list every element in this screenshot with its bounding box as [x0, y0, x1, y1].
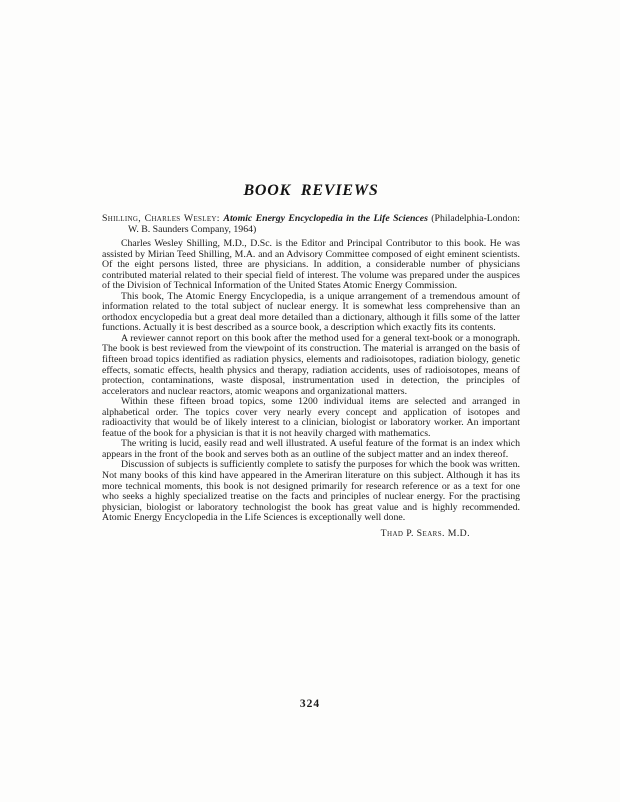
review-paragraph: This book, The Atomic Energy Encyclopedi… — [102, 292, 520, 334]
review-paragraph: The writing is lucid, easily read and we… — [102, 439, 520, 460]
review-body: Charles Wesley Shilling, M.D., D.Sc. is … — [102, 239, 520, 524]
text-column: BOOK REVIEWS Shilling, Charles Wesley: A… — [102, 182, 520, 539]
review-paragraph: Within these fifteen broad topics, some … — [102, 397, 520, 439]
review-paragraph: A reviewer cannot report on this book af… — [102, 334, 520, 397]
page-heading: BOOK REVIEWS — [102, 182, 520, 200]
review-paragraph: Charles Wesley Shilling, M.D., D.Sc. is … — [102, 239, 520, 292]
book-citation: Shilling, Charles Wesley: Atomic Energy … — [102, 213, 520, 235]
page-number: 324 — [0, 698, 620, 710]
reviewer-signature: Thad P. Sears. M.D. — [102, 528, 520, 539]
citation-author: Shilling, Charles Wesley: — [102, 213, 223, 224]
review-paragraph: Discussion of subjects is sufficiently c… — [102, 460, 520, 523]
scanned-journal-page: BOOK REVIEWS Shilling, Charles Wesley: A… — [0, 0, 620, 802]
citation-book-title: Atomic Energy Encyclopedia in the Life S… — [223, 213, 428, 224]
